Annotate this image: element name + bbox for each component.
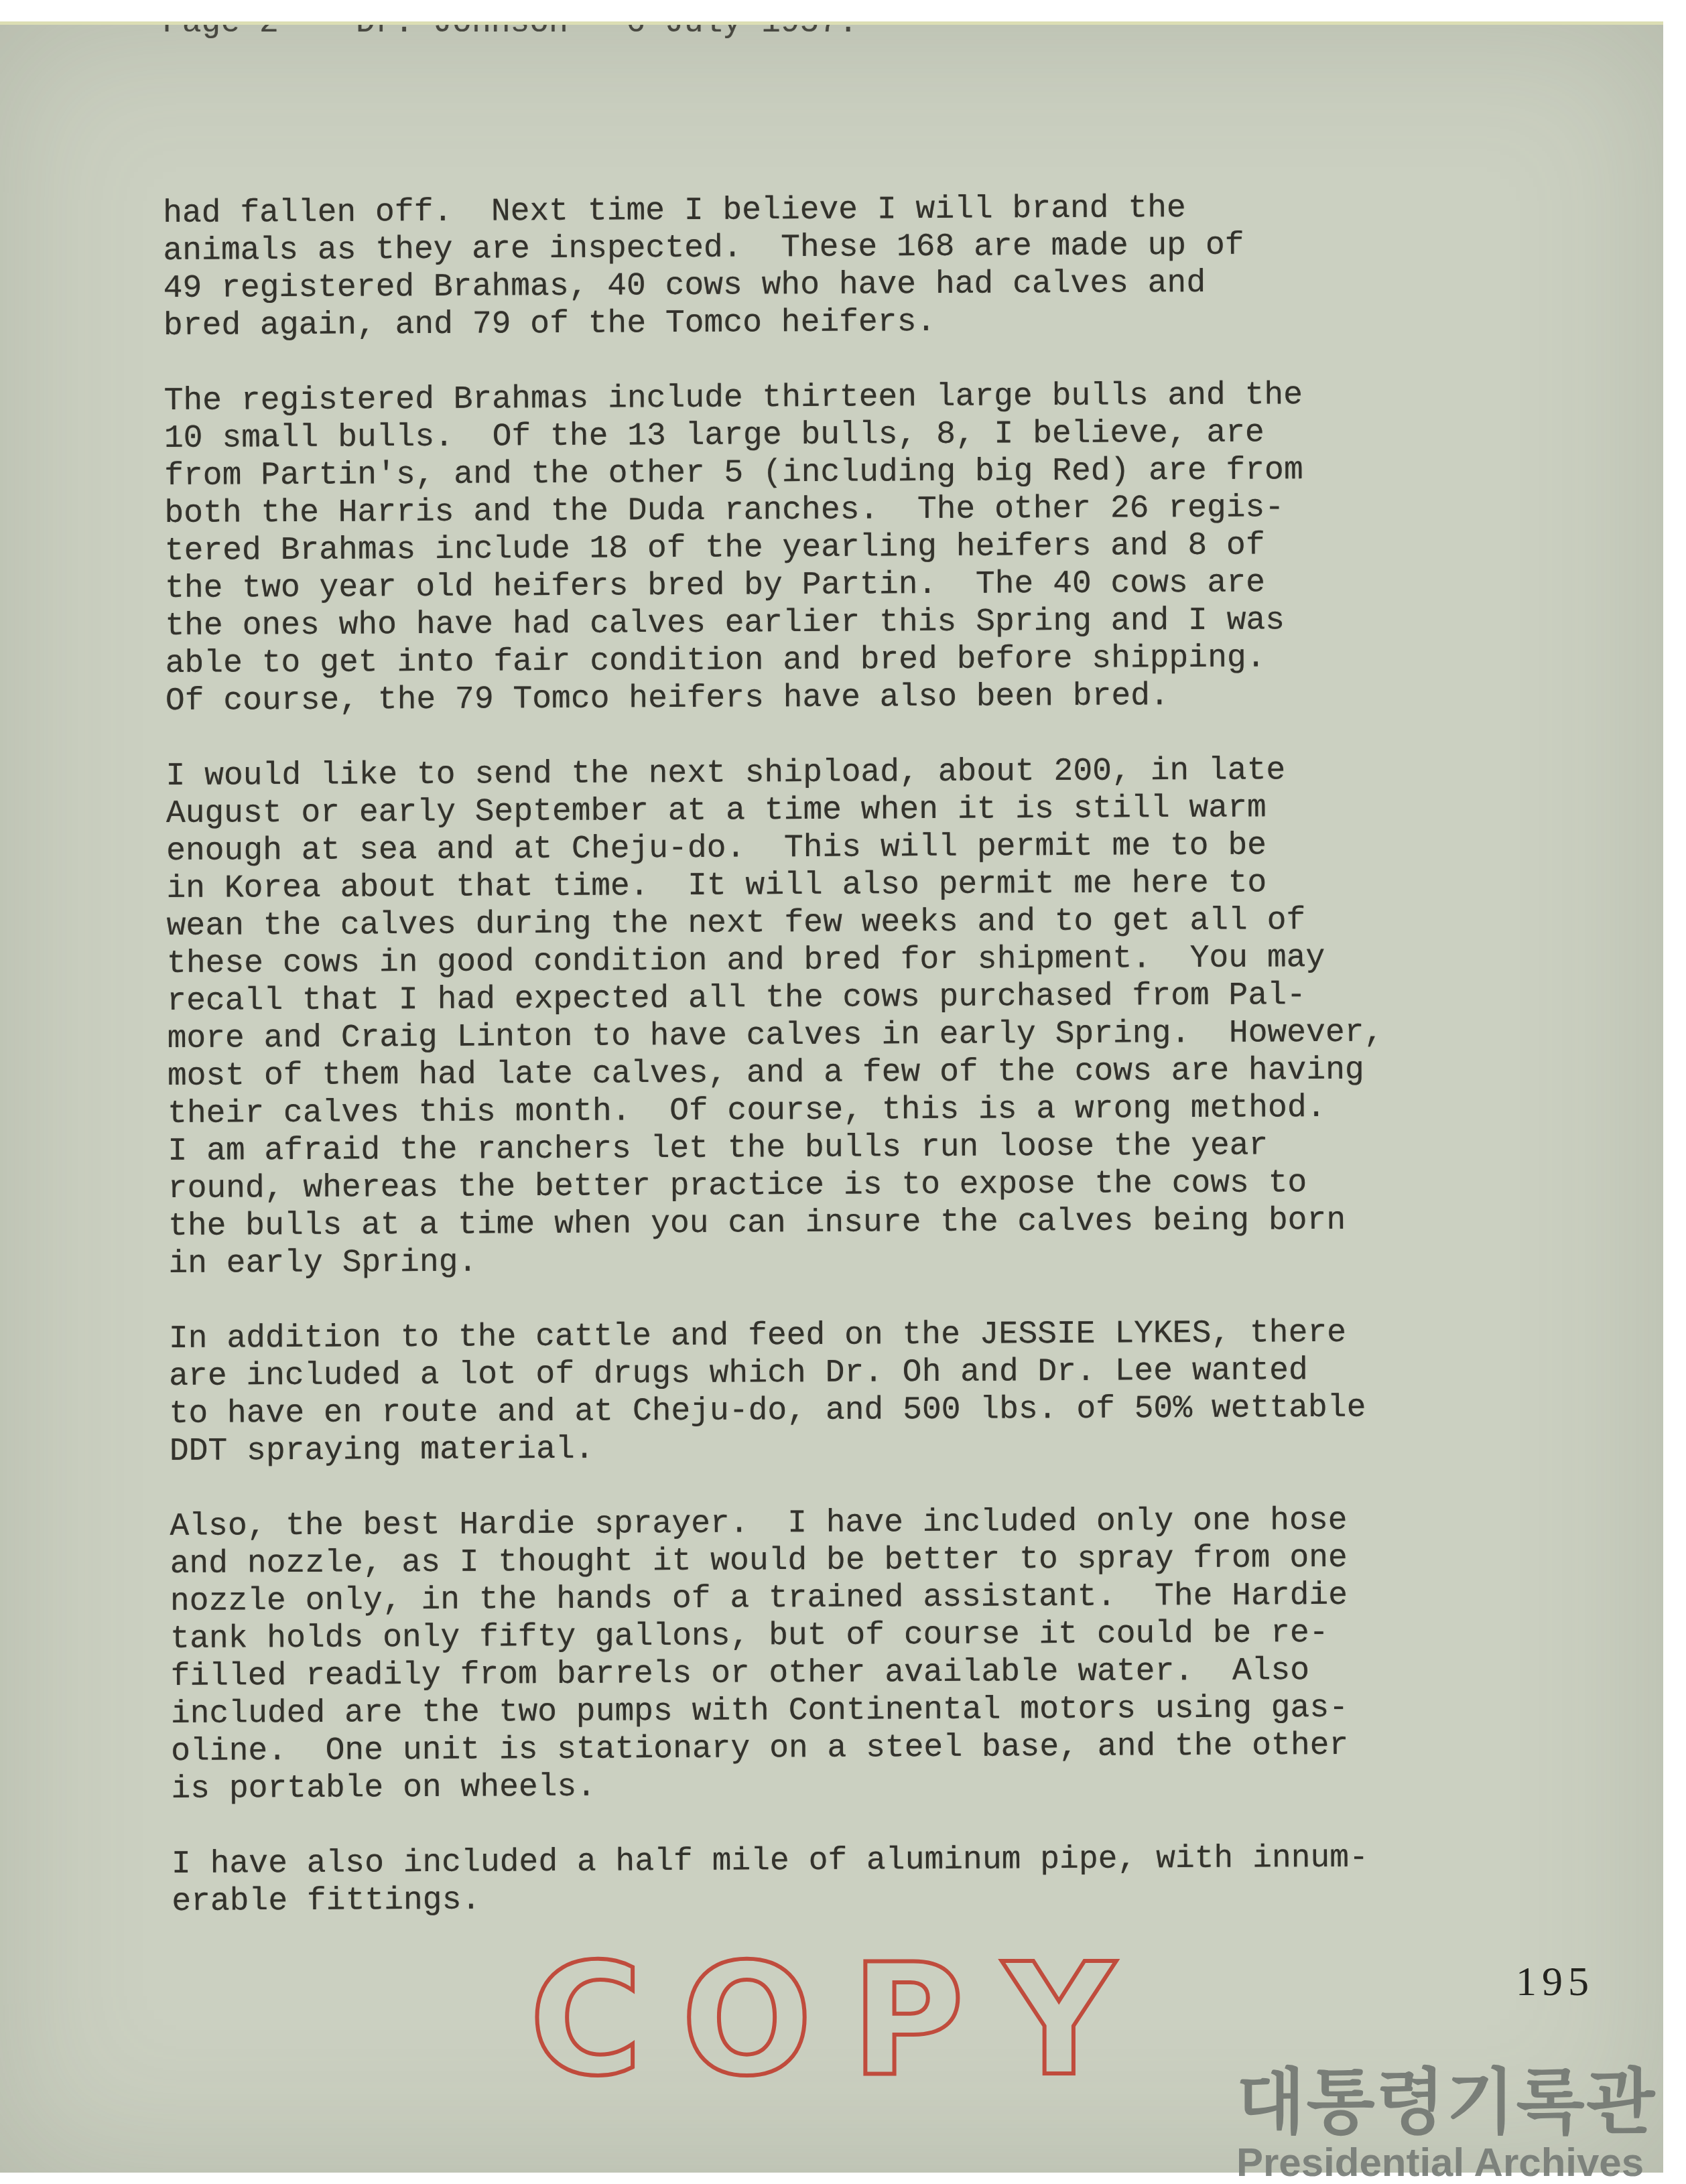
- header-line: Page 2 - Dr. Johnson - 6 July 1957.: [163, 25, 1168, 42]
- copy-stamp: COPY: [529, 1931, 1153, 2110]
- page-header-clipped: Page 2 - Dr. Johnson - 6 July 1957.: [163, 25, 1168, 45]
- paragraph-2: The registered Brahmas include thirteen …: [164, 374, 1640, 720]
- document-page: Page 2 - Dr. Johnson - 6 July 1957. had …: [0, 21, 1663, 2173]
- paragraph-6: I have also included a half mile of alum…: [172, 1838, 1646, 1921]
- page-number: 195: [1516, 1958, 1594, 2006]
- scanned-letter-page: { "document": { "header_line": "Page 2 -…: [0, 0, 1686, 2184]
- paragraph-3: I would like to send the next shipload, …: [166, 750, 1642, 1283]
- presidential-archives-english-watermark: Presidential Archives: [1236, 2139, 1644, 2184]
- paragraph-5: Also, the best Hardie sprayer. I have in…: [170, 1500, 1645, 1808]
- paragraph-4: In addition to the cattle and feed on th…: [169, 1312, 1644, 1471]
- letter-body: had fallen off. Next time I believe I wi…: [163, 187, 1646, 1958]
- paragraph-1: had fallen off. Next time I believe I wi…: [163, 187, 1638, 345]
- presidential-archives-korean-watermark: 대통령기록관: [1236, 2045, 1656, 2147]
